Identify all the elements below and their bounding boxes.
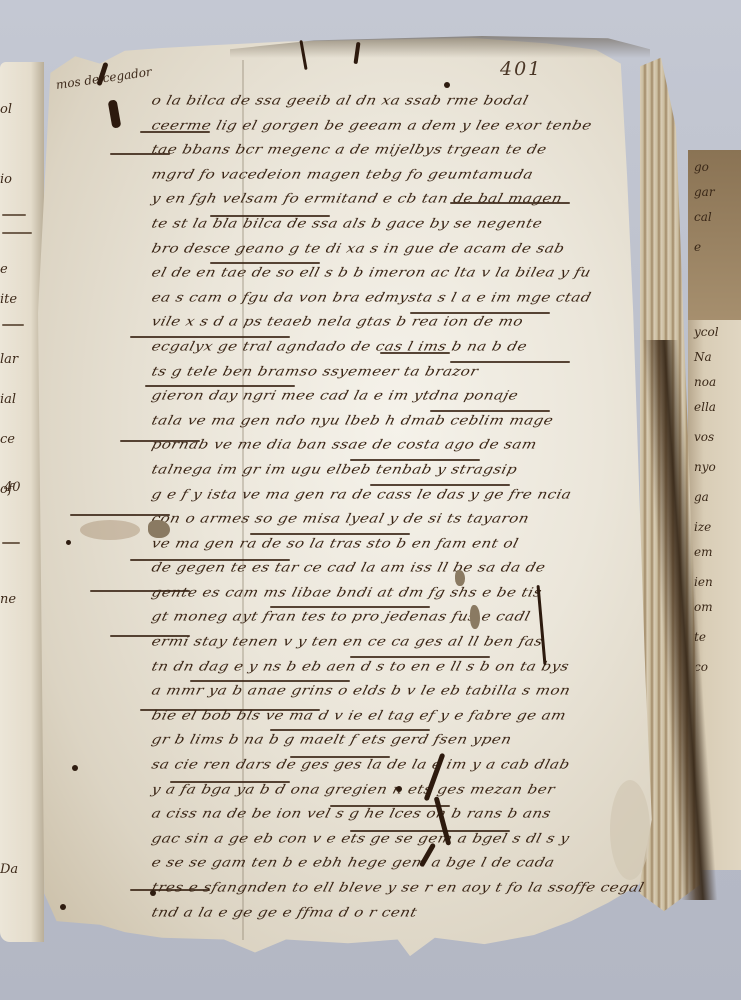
text-line: tnd a la e ge ge e ffma d o r cent: [150, 900, 620, 925]
text-line: a mmr ya b anae grins o elds b v le eb t…: [150, 678, 620, 703]
left-page-fragment: ite: [0, 292, 17, 307]
text-line: e se se gam ten b e ebh hege gem a bge l…: [150, 850, 620, 875]
right-page-fragment: ella: [694, 400, 716, 414]
right-page-fragment: noa: [694, 375, 716, 389]
text-line: gac sin a ge eb con v e ets ge se gem a …: [150, 826, 620, 851]
left-page-ink-line: [2, 232, 32, 234]
text-line: talnega im gr im ugu elbeb tenbab y stra…: [150, 457, 620, 482]
right-page-fragment: ien: [694, 575, 713, 589]
left-page-fragment: ol: [0, 102, 12, 117]
text-line: gr b lims b na b g maelt f ets gerd fsen…: [150, 727, 620, 752]
right-page-fragment: ga: [694, 490, 709, 504]
right-page-fragment: ycol: [694, 325, 719, 339]
text-line: te st la bla bilca de ssa als b gace by …: [150, 211, 620, 236]
text-line: sa cie ren dars de ges ges la de la e im…: [150, 752, 620, 777]
left-page-fragment: lar: [0, 352, 18, 367]
left-page-ink-line: [2, 214, 26, 216]
wormhole: [455, 570, 465, 586]
ink-dot: [66, 540, 71, 545]
text-line: tn dn dag e y ns b eb aen d s to en e ll…: [150, 654, 620, 679]
text-line: ceerme lig el gorgen be geeam a dem y le…: [150, 113, 620, 138]
text-line: tae bbans bcr megenc a de mijelbys trgea…: [150, 137, 620, 162]
text-line: tala ve ma gen ndo nyu lbeb h dmab cebli…: [150, 408, 620, 433]
left-page-fragment: Da: [0, 862, 18, 877]
text-line: mgrd fo vacedeion magen tebg fo geumtamu…: [150, 162, 620, 187]
right-page-fragment: em: [694, 545, 712, 559]
left-page-ink-line: [2, 324, 24, 326]
left-page-fragment: e: [0, 262, 8, 277]
text-line: tres e sfangnden to ell bleve y se r en …: [150, 875, 620, 900]
ink-dot: [72, 765, 78, 771]
text-line: gt moneg ayt fran tes to pro jedenas fus…: [150, 604, 620, 629]
right-page-fragment: cal: [694, 210, 712, 224]
left-page-fragment: ial: [0, 392, 16, 407]
manuscript-text: o la bilca de ssa geeib al dn xa ssab rm…: [150, 88, 620, 924]
text-line: bie el bob bls ve ma d v ie el tag ef y …: [150, 703, 620, 728]
text-line: de gegen te es tar ce cad la am iss ll b…: [150, 555, 620, 580]
right-page-fragment: go: [694, 160, 709, 174]
right-page-fragment: Na: [694, 350, 712, 364]
left-page-fragment: ce: [0, 432, 15, 447]
left-page-fragment: ne: [0, 592, 16, 607]
text-line: ermi stay tenen v y ten en ce ca ges al …: [150, 629, 620, 654]
text-line: gente es cam ms libae bndi at dm fg shs …: [150, 580, 620, 605]
ink-dot: [60, 904, 66, 910]
left-page-fragment: 40: [4, 480, 21, 495]
text-line: el de en tae de so ell s b b imeron ac l…: [150, 260, 620, 285]
top-edge-dirt: [230, 36, 650, 58]
text-line: y a fa bga ya b d ona gregien n ets ges …: [150, 777, 620, 802]
torn-edge-fibers: [610, 780, 650, 880]
right-page-fragment: gar: [694, 185, 715, 199]
right-page-fragment: nyo: [694, 460, 716, 474]
text-line: ve ma gen ra de so la tras sto b en fam …: [150, 531, 620, 556]
ink-dot: [396, 786, 402, 792]
text-line: bro desce geano g te di xa s in gue de a…: [150, 236, 620, 261]
text-line: ts g tele ben bramso ssyemeer ta brazor: [150, 359, 620, 384]
text-line: ecgalyx ge tral agndado de cas l ims b n…: [150, 334, 620, 359]
text-line: gieron day ngri mee cad la e im ytdna po…: [150, 383, 620, 408]
right-page-fragment: ize: [694, 520, 711, 534]
right-page-stack: go gar cal e ycol Na noa ella vos nyo ga…: [640, 40, 741, 930]
text-line: vile x s d a ps teaeb nela gtas b rea io…: [150, 309, 620, 334]
folio-number: 401: [500, 58, 542, 80]
right-page-fragment: e: [694, 240, 701, 254]
right-page-dark-stain: [688, 150, 741, 320]
wormhole: [148, 520, 170, 538]
left-page-fragment: io: [0, 172, 12, 187]
right-page-fragment: vos: [694, 430, 714, 444]
text-line: a ciss na de be ion vel s g he lces on b…: [150, 801, 620, 826]
text-line: pornab ve me dia ban ssae de costa ago d…: [150, 432, 620, 457]
left-page-edge: ol io e ite lar ial ce of 40 ne Da: [0, 62, 44, 942]
text-line: y en fgh velsam fo ermitand e cb tan de …: [150, 186, 620, 211]
text-line: ea s cam o fgu da von bra edmysta s l a …: [150, 285, 620, 310]
ink-dot: [150, 890, 156, 896]
text-line: g e f y ista ve ma gen ra de cass le das…: [150, 482, 620, 507]
stain: [80, 520, 140, 540]
text-line: con o armes so ge misa lyeal y de si ts …: [150, 506, 620, 531]
wormhole: [470, 605, 480, 629]
text-line: o la bilca de ssa geeib al dn xa ssab rm…: [150, 88, 620, 113]
left-page-ink-line: [2, 542, 20, 544]
